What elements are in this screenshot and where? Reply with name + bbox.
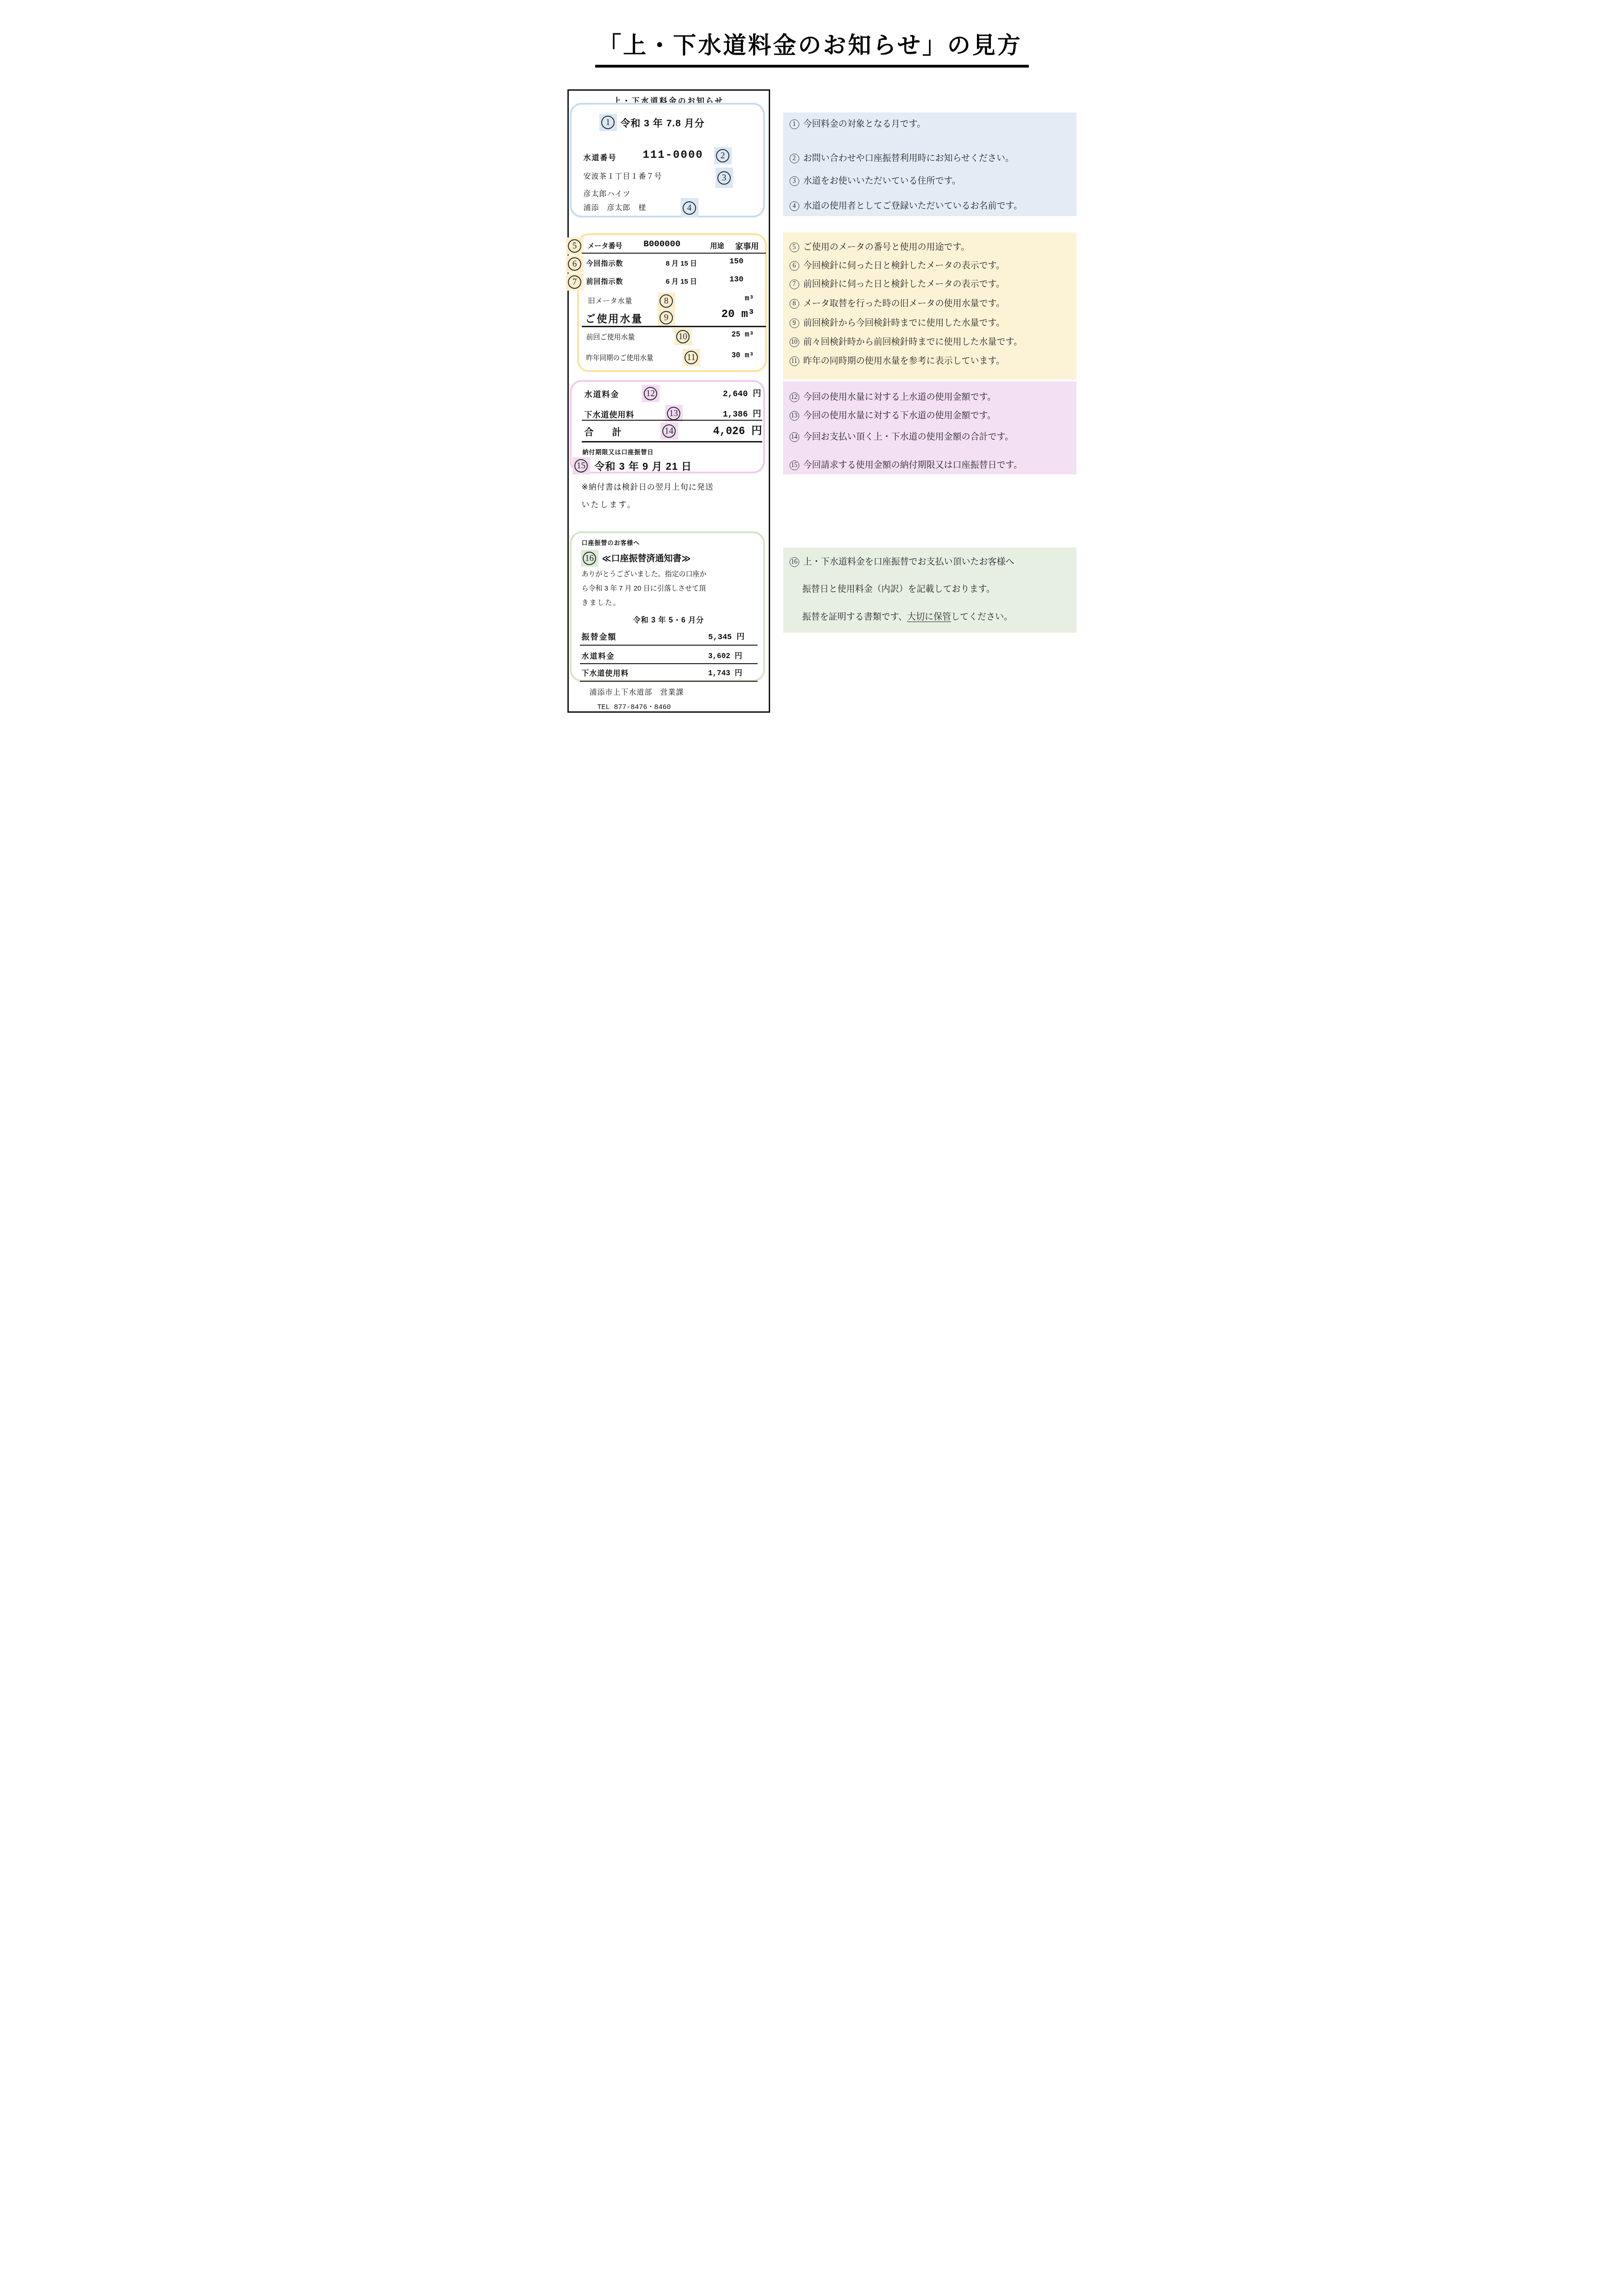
circled-number-3: 3 [790,176,799,186]
circled-number-15: 15 [790,460,799,470]
circled-number-12: 12 [644,387,657,400]
billing-period: 令和 3 年 7.8 月分 [621,116,705,130]
sewer-fee-value: 1,386 円 [697,407,761,419]
transfer-period: 令和 3 年 5・6 月分 [569,614,769,625]
previous-reading-value: 130 [720,275,744,284]
previous-reading-date: 6 月 15 日 [666,276,697,286]
circled-number-8: 8 [660,294,673,308]
transfer-water-label: 水道料金 [582,650,615,661]
explanation-text-underlined: 大切に保管 [907,612,951,622]
explanation-text: 振替を証明する書類です、 [803,612,907,622]
customer-building: 彦太郎ハイツ [584,188,631,199]
usage-type-value: 家事用 [735,240,759,251]
explanation-panel-pink: 12 今回の使用水量に対する上水道の使用金額です。 13 今回の使用水量に対する… [783,381,1076,474]
circled-number-1: 1 [601,116,615,129]
circled-number-14: 14 [662,424,676,438]
divider-line [582,441,762,442]
explanation-item-16-line3: 振替を証明する書類です、大切に保管してください。 [803,612,1073,623]
explanation-text: 水道の使用者としてご登録いただいているお名前です。 [803,201,1022,212]
explanation-text: 前回検針に伺った日と検針したメータの表示です。 [803,279,1005,290]
due-date-value: 令和 3 年 9 月 21 日 [595,459,692,473]
highlight-chip-5: 5 [566,237,584,255]
payment-note-line2: いたします。 [582,498,637,510]
circled-number-16: 16 [790,557,799,567]
explanation-item-12: 12 今回の使用水量に対する上水道の使用金額です。 [790,392,1073,403]
explanation-text: 今回検針に伺った日と検針したメータの表示です。 [803,261,1005,272]
circled-number-1: 1 [790,119,799,129]
explanation-text: 上・下水道料金を口座振替でお支払い頂いたお客様へ [803,557,1014,568]
circled-number-16: 16 [583,552,596,565]
circled-number-2: 2 [790,154,799,163]
explanation-item-5: 5 ご使用のメータの番号と使用の用途です。 [790,242,1073,253]
highlight-chip-8: 8 [658,292,675,310]
suido-number-label: 水道番号 [584,152,617,162]
water-fee-label: 水道料金 [585,388,620,399]
highlight-chip-10: 10 [674,328,692,345]
previous-usage-value: 25 m³ [716,330,754,339]
explanation-item-10: 10 前々回検針時から前回検針時までに使用した水量です。 [790,337,1073,348]
due-date-label: 納付期限又は口座振替日 [583,447,654,456]
suido-number-value: 111-0000 [643,149,703,162]
customer-address: 安波茶１丁目１番７号 [584,170,662,181]
transfer-water-value: 3,602 円 [680,650,742,660]
circled-number-10: 10 [676,330,690,343]
total-fee-value: 4,026 円 [688,422,762,437]
total-fee-label: 合 計 [585,425,622,438]
footer-telephone: TEL 877-8476・8460 [597,702,671,711]
divider-line [580,663,758,664]
explanation-item-11: 11 昨年の同時期の使用水量を参考に表示しています。 [790,356,1073,367]
previous-reading-label: 前回指示数 [586,276,623,286]
transfer-sewer-value: 1,743 円 [680,667,742,678]
circled-number-7: 7 [790,280,799,289]
highlight-chip-9: 9 [658,309,675,326]
explanation-text: メータ取替を行った時の旧メータの使用水量です。 [803,299,1005,310]
explanation-panel-blue: 1 今回料金の対象となる月です。 2 お問い合わせや口座振替利用時にお知らせくだ… [783,112,1076,216]
current-reading-date: 8 月 15 日 [666,258,697,268]
transfer-paragraph-line2: ら令和 3 年 7 月 20 日に引落しさせて頂 [582,583,706,593]
explanation-text: 今回料金の対象となる月です。 [803,119,926,130]
customer-name: 浦添 彦太郎 様 [584,202,647,212]
billing-period-row: 1 令和 3 年 7.8 月分 [599,114,705,131]
circled-number-9: 9 [660,311,673,324]
divider-line [582,420,762,421]
explanation-panel-green: 16 上・下水道料金を口座振替でお支払い頂いたお客様へ 振替日と使用料金（内訳）… [783,548,1076,633]
explanation-text: 今回の使用水量に対する上水道の使用金額です。 [803,392,996,403]
highlight-chip-7: 7 [566,274,584,291]
explanation-item-13: 13 今回の使用水量に対する下水道の使用金額です。 [790,411,1073,422]
circled-number-6: 6 [568,257,581,271]
divider-line [580,681,758,682]
old-meter-unit: m³ [722,294,754,303]
usage-amount-label: ご使用水量 [585,311,643,325]
usage-amount-value: 20 m³ [703,308,755,321]
transfer-sewer-label: 下水道使用料 [582,667,629,678]
page-title-text: 「上・下水道料金のお知らせ」の見方 [595,27,1029,68]
circled-number-10: 10 [790,337,799,347]
previous-usage-label: 前回ご使用水量 [586,332,635,342]
usage-type-label: 用途 [710,241,724,250]
transfer-header: 口座振替のお客様へ [582,538,640,547]
current-reading-value: 150 [720,257,744,266]
payment-note-line1: ※納付書は検針日の翌月上旬に発送 [582,480,714,492]
explanation-text: 昨年の同時期の使用水量を参考に表示しています。 [803,356,1005,367]
highlight-chip-12: 12 [642,385,660,402]
transfer-title: ≪口座振替済通知書≫ [602,552,691,564]
explanation-text: 前回検針から今回検針時までに使用した水量です。 [803,318,1005,329]
divider-line [580,645,758,646]
explanation-item-1: 1 今回料金の対象となる月です。 [790,119,1073,130]
circled-number-4: 4 [790,201,799,211]
circled-number-13: 13 [790,411,799,421]
explanation-item-7: 7 前回検針に伺った日と検針したメータの表示です。 [790,279,1073,290]
explanation-item-16: 16 上・下水道料金を口座振替でお支払い頂いたお客様へ [790,557,1073,568]
circled-number-2: 2 [716,149,729,162]
highlight-chip-14: 14 [660,423,678,440]
transfer-paragraph-line3: きました。 [582,597,621,607]
explanation-text: ご使用のメータの番号と使用の用途です。 [803,242,970,253]
explanation-text: 今回請求する使用金額の納付期限又は口座振替日です。 [803,460,1022,471]
explanation-item-6: 6 今回検針に伺った日と検針したメータの表示です。 [790,261,1073,272]
highlight-chip-6: 6 [566,255,584,273]
highlight-chip-11: 11 [683,349,700,366]
meter-number-label: メータ番号 [588,241,622,250]
circled-number-6: 6 [790,261,799,271]
circled-number-12: 12 [790,392,799,402]
document-page: 「上・下水道料金のお知らせ」の見方 上・下水道料金のお知らせ 1 令和 3 年 … [541,0,1083,765]
sewer-fee-label: 下水道使用料 [585,408,635,420]
meter-number-value: B000000 [644,239,681,249]
page-title: 「上・下水道料金のお知らせ」の見方 [541,27,1083,68]
explanation-text: お問い合わせや口座振替利用時にお知らせください。 [803,153,1014,164]
highlight-chip-3: 3 [716,168,733,188]
circled-number-15: 15 [574,459,588,473]
highlight-chip-2: 2 [714,147,732,164]
circled-number-4: 4 [683,201,696,215]
explanation-item-8: 8 メータ取替を行った時の旧メータの使用水量です。 [790,299,1073,310]
explanation-item-15: 15 今回請求する使用金額の納付期限又は口座振替日です。 [790,460,1073,471]
explanation-text: 振替日と使用料金（内訳）を記載しております。 [803,584,995,595]
explanation-text: してください。 [951,612,1013,622]
explanation-panel-yellow: 5 ご使用のメータの番号と使用の用途です。 6 今回検針に伺った日と検針したメー… [783,232,1076,380]
explanation-item-16-line2: 振替日と使用料金（内訳）を記載しております。 [803,584,1073,595]
circled-number-11: 11 [790,356,799,366]
sample-bill-receipt: 上・下水道料金のお知らせ 1 令和 3 年 7.8 月分 水道番号 111-00… [567,89,770,713]
highlight-chip-4: 4 [681,198,698,218]
circled-number-14: 14 [790,432,799,442]
circled-number-5: 5 [568,239,581,253]
circled-number-7: 7 [568,275,581,289]
explanation-item-4: 4 水道の使用者としてご登録いただいているお名前です。 [790,201,1073,212]
explanation-text: 前々回検針時から前回検針時までに使用した水量です。 [803,337,1022,348]
old-meter-label: 旧メータ水量 [588,296,633,305]
transfer-amount-label: 振替金額 [582,630,617,642]
circled-number-13: 13 [667,407,680,420]
explanation-text: 水道をお使いいただいている住所です。 [803,176,961,187]
circled-number-11: 11 [684,351,698,364]
highlight-chip-15: 15 [572,457,590,474]
divider-line [582,253,766,254]
footer-department: 浦添市上下水道部 営業課 [590,686,684,697]
lastyear-usage-value: 30 m³ [716,351,754,360]
circled-number-5: 5 [790,243,799,252]
explanation-item-14: 14 今回お支払い頂く上・下水道の使用金額の合計です。 [790,432,1073,443]
circled-number-8: 8 [790,299,799,309]
explanation-item-3: 3 水道をお使いいただいている住所です。 [790,176,1073,187]
transfer-paragraph-line1: ありがとうございました。指定の口座か [582,569,707,579]
transfer-amount-value: 5,345 円 [680,630,745,642]
highlight-chip-1: 1 [599,114,617,131]
lastyear-usage-label: 昨年同期のご使用水量 [586,353,653,362]
explanation-text: 今回お支払い頂く上・下水道の使用金額の合計です。 [803,432,1014,443]
explanation-item-9: 9 前回検針から今回検針時までに使用した水量です。 [790,318,1073,329]
circled-number-3: 3 [717,171,731,185]
water-fee-value: 2,640 円 [697,387,761,399]
divider-line [582,326,766,327]
highlight-chip-16: 16 [581,550,598,567]
explanation-item-2: 2 お問い合わせや口座振替利用時にお知らせください。 [790,153,1073,164]
explanation-text: 今回の使用水量に対する下水道の使用金額です。 [803,411,996,422]
circled-number-9: 9 [790,318,799,328]
current-reading-label: 今回指示数 [586,258,623,268]
